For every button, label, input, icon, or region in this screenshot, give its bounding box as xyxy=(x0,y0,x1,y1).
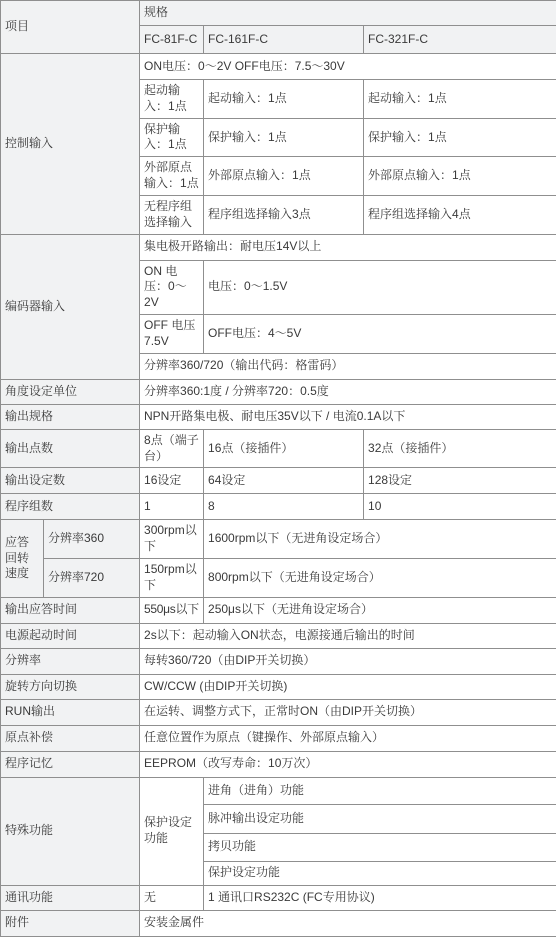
section-label-response-speed: 应答回转速度 xyxy=(1,520,44,597)
cell-power-startup-time: 2s以下：起动输入ON状态，电源接通后输出的时间 xyxy=(140,623,556,648)
cell-encoder-off-voltage-fc81: OFF 电压 7.5V xyxy=(140,315,204,354)
row-label-output-points: 输出点数 xyxy=(1,429,140,468)
row-label-angle-unit: 角度设定单位 xyxy=(1,379,140,404)
cell-protect-input-fc81: 保护输入：1点 xyxy=(140,118,204,157)
header-spec-label: 规格 xyxy=(140,1,556,26)
cell-run-output: 在运转、调整方式下，正常时ON（由DIP开关切换） xyxy=(140,699,556,725)
section-label-special-functions: 特殊功能 xyxy=(1,777,140,885)
row-label-output-spec: 输出规格 xyxy=(1,404,140,429)
cell-external-origin-fc161: 外部原点输入：1点 xyxy=(204,157,364,196)
row-label-resolution: 分辨率 xyxy=(1,648,140,674)
row-label-run-output: RUN输出 xyxy=(1,699,140,725)
cell-output-points-fc81: 8点（端子台） xyxy=(140,429,204,468)
cell-speed-360-fc161-321: 1600rpm以下（无进角设定场合） xyxy=(204,520,556,559)
cell-external-origin-fc321: 外部原点输入：1点 xyxy=(364,157,556,196)
sub-label-resolution-720: 分辨率720 xyxy=(44,559,140,598)
cell-program-groups-fc321: 10 xyxy=(364,494,556,520)
model-name-fc161: FC-161F-C xyxy=(204,26,364,54)
cell-encoder-off-voltage-fc161-321: OFF电压：4～5V xyxy=(204,315,556,354)
model-name-fc321: FC-321F-C xyxy=(364,26,556,54)
header-item-label: 项目 xyxy=(1,1,140,54)
section-label-encoder-input: 编码器输入 xyxy=(1,234,140,379)
spec-table: 项目 规格 FC-81F-C FC-161F-C FC-321F-C 控制输入 … xyxy=(0,0,556,937)
row-label-origin-compensation: 原点补偿 xyxy=(1,725,140,751)
cell-control-onoff-voltage: ON电压：0～2V OFF电压：7.5～30V xyxy=(140,54,556,80)
cell-program-group-fc81: 无程序组选择输入 xyxy=(140,195,204,234)
cell-special-function-4: 保护设定功能 xyxy=(204,861,556,885)
row-label-program-memory: 程序记忆 xyxy=(1,751,140,777)
row-label-program-groups: 程序组数 xyxy=(1,494,140,520)
cell-output-settings-fc321: 128设定 xyxy=(364,468,556,494)
cell-speed-720-fc161-321: 800rpm以下（无进角设定场合） xyxy=(204,559,556,598)
cell-special-function-2: 脉冲输出设定功能 xyxy=(204,804,556,833)
cell-origin-compensation: 任意位置作为原点（键操作、外部原点输入） xyxy=(140,725,556,751)
cell-program-group-fc161: 程序组选择输入3点 xyxy=(204,195,364,234)
cell-output-points-fc161: 16点（接插件） xyxy=(204,429,364,468)
cell-rotation-direction: CW/CCW (由DIP开关切换) xyxy=(140,674,556,699)
cell-output-settings-fc161: 64设定 xyxy=(204,468,364,494)
sub-label-resolution-360: 分辨率360 xyxy=(44,520,140,559)
cell-program-group-fc321: 程序组选择输入4点 xyxy=(364,195,556,234)
cell-external-origin-fc81: 外部原点输入：1点 xyxy=(140,157,204,196)
cell-encoder-open-collector: 集电极开路输出：耐电压14V以上 xyxy=(140,234,556,260)
row-label-rotation-direction: 旋转方向切换 xyxy=(1,674,140,699)
cell-angle-unit: 分辨率360:1度 / 分辨率720：0.5度 xyxy=(140,379,556,404)
cell-output-response-time-fc161-321: 250μs以下（无进角设定场合） xyxy=(204,597,556,623)
cell-special-function-3: 拷贝功能 xyxy=(204,833,556,861)
cell-program-memory: EEPROM（改写寿命：10万次） xyxy=(140,751,556,777)
cell-special-function-1: 进角（进角）功能 xyxy=(204,777,556,804)
cell-speed-360-fc81: 300rpm以下 xyxy=(140,520,204,559)
row-label-accessories: 附件 xyxy=(1,910,140,936)
cell-program-groups-fc81: 1 xyxy=(140,494,204,520)
cell-encoder-resolution: 分辨率360/720（输出代码：格雷码） xyxy=(140,353,556,379)
cell-program-groups-fc161: 8 xyxy=(204,494,364,520)
row-label-output-response-time: 输出应答时间 xyxy=(1,597,140,623)
cell-output-response-time-fc81: 550μs以下 xyxy=(140,597,204,623)
cell-encoder-on-voltage-fc161-321: 电压：0～1.5V xyxy=(204,260,556,314)
cell-output-settings-fc81: 16设定 xyxy=(140,468,204,494)
cell-communication-fc161-321: 1 通讯口RS232C (FC专用协议) xyxy=(204,885,556,910)
row-label-output-settings: 输出设定数 xyxy=(1,468,140,494)
cell-encoder-on-voltage-fc81: ON 电压：0～2V xyxy=(140,260,204,314)
cell-resolution: 每转360/720（由DIP开关切换） xyxy=(140,648,556,674)
cell-start-input-fc321: 起动输入：1点 xyxy=(364,80,556,119)
cell-protect-input-fc161: 保护输入：1点 xyxy=(204,118,364,157)
cell-special-sub-label: 保护设定功能 xyxy=(140,777,204,885)
cell-start-input-fc161: 起动输入：1点 xyxy=(204,80,364,119)
cell-start-input-fc81: 起动输入：1点 xyxy=(140,80,204,119)
row-label-communication: 通讯功能 xyxy=(1,885,140,910)
cell-output-points-fc321: 32点（接插件） xyxy=(364,429,556,468)
cell-communication-fc81: 无 xyxy=(140,885,204,910)
cell-accessories: 安装金属件 xyxy=(140,910,556,936)
cell-protect-input-fc321: 保护输入：1点 xyxy=(364,118,556,157)
cell-speed-720-fc81: 150rpm以下 xyxy=(140,559,204,598)
row-label-power-startup-time: 电源起动时间 xyxy=(1,623,140,648)
model-name-fc81: FC-81F-C xyxy=(140,26,204,54)
section-label-control-input: 控制输入 xyxy=(1,54,140,235)
cell-output-spec: NPN开路集电极、耐电压35V以下 / 电流0.1A以下 xyxy=(140,404,556,429)
